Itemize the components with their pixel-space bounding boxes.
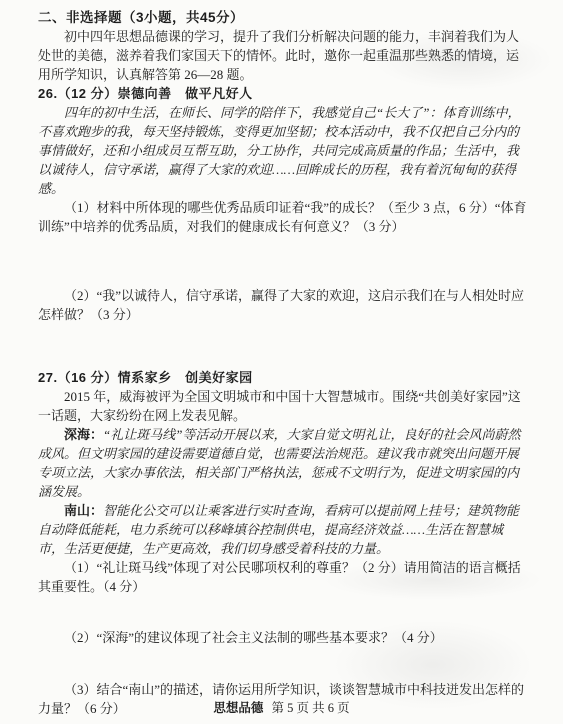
speaker-nanshan-name: 南山： xyxy=(64,503,103,518)
question-27-part-2: （2）“深海”的建议体现了社会主义法制的哪些基本要求？（4 分） xyxy=(38,628,527,647)
page-footer: 思想品德第 5 页 共 6 页 xyxy=(0,699,563,718)
question-27-speaker-shenhai: 深海：“礼让斑马线”等活动开展以来，大家自觉文明礼让，良好的社会风尚蔚然成风。但… xyxy=(38,425,527,501)
question-26-part-2: （2）“我”以诚待人，信守承诺，赢得了大家的欢迎，这启示我们在与人相处时应怎样做… xyxy=(38,286,527,324)
question-27-speaker-nanshan: 南山：智能化公交可以让乘客进行实时查询，看病可以提前网上挂号；建筑物能自动降低能… xyxy=(38,501,527,558)
question-26-material: 四年的初中生活，在师长、同学的陪伴下，我感觉自己“长大了”：体育训练中，不喜欢跑… xyxy=(38,103,527,198)
question-26-heading: 26.（12 分）崇德向善 做平凡好人 xyxy=(38,84,527,103)
question-27-part-1: （1）“礼让斑马线”体现了对公民哪项权利的尊重？（2 分）请用简洁的语言概括其重… xyxy=(38,558,527,596)
speaker-nanshan-text: 智能化公交可以让乘客进行实时查询，看病可以提前网上挂号；建筑物能自动降低能耗，电… xyxy=(38,503,519,556)
question-26-part-1: （1）材料中所体现的哪些优秀品质印证着“我”的成长？（至少 3 点，6 分）“体… xyxy=(38,198,527,236)
section-intro: 初中四年思想品德课的学习，提升了我们分析解决问题的能力，丰润着我们为人处世的美德… xyxy=(38,27,527,84)
exam-page: 二、非选择题（3小题，共45分） 初中四年思想品德课的学习，提升了我们分析解决问… xyxy=(0,0,563,724)
question-27-heading: 27.（16 分）情系家乡 创美好家园 xyxy=(38,368,527,387)
footer-subject: 思想品德 xyxy=(213,701,263,715)
section-title: 二、非选择题（3小题，共45分） xyxy=(38,8,527,27)
speaker-shenhai-name: 深海： xyxy=(64,427,103,442)
question-27-intro: 2015 年，威海被评为全国文明城市和中国十大智慧城市。围绕“共创美好家园”这一… xyxy=(38,387,527,425)
footer-page-number: 第 5 页 共 6 页 xyxy=(271,701,349,715)
speaker-shenhai-text: “礼让斑马线”等活动开展以来，大家自觉文明礼让，良好的社会风尚蔚然成风。但文明家… xyxy=(38,427,520,499)
